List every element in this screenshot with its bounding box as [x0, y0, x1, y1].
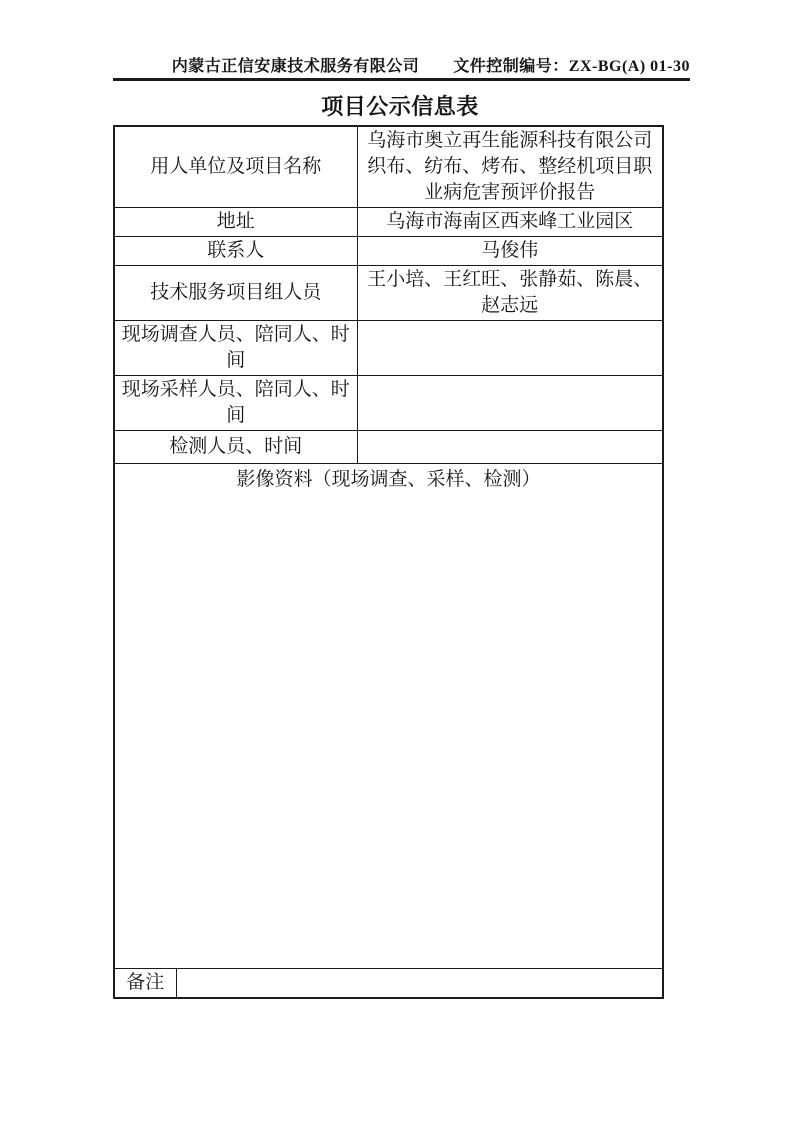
address-label: 地址: [114, 208, 357, 237]
table-row-site-survey: 现场调查人员、陪同人、时间: [114, 321, 663, 376]
site-survey-value: [357, 321, 663, 376]
table-row-detection: 检测人员、时间: [114, 431, 663, 464]
project-info-table: 用人单位及项目名称 乌海市奥立再生能源科技有限公司织布、纺布、烤布、整经机项目职…: [113, 125, 664, 999]
table-row-tech-team: 技术服务项目组人员 王小培、王红旺、张静茹、陈晨、赵志远: [114, 266, 663, 321]
tech-team-label: 技术服务项目组人员: [114, 266, 357, 321]
employer-project-value: 乌海市奥立再生能源科技有限公司织布、纺布、烤布、整经机项目职业病危害预评价报告: [357, 126, 663, 208]
detection-value: [357, 431, 663, 464]
table-row-employer-project: 用人单位及项目名称 乌海市奥立再生能源科技有限公司织布、纺布、烤布、整经机项目职…: [114, 126, 663, 208]
site-sampling-label: 现场采样人员、陪同人、时间: [114, 376, 357, 431]
table-row-address: 地址 乌海市海南区西来峰工业园区: [114, 208, 663, 237]
contact-value: 马俊伟: [357, 237, 663, 266]
address-value: 乌海市海南区西来峰工业园区: [357, 208, 663, 237]
page-title: 项目公示信息表: [0, 90, 800, 121]
table-row-site-sampling: 现场采样人员、陪同人、时间: [114, 376, 663, 431]
document-page: 内蒙古正信安康技术服务有限公司文件控制编号：ZX-BG(A) 01-30 项目公…: [0, 0, 800, 1131]
media-section-cell: 影像资料（现场调查、采样、检测）: [114, 464, 663, 969]
company-name: 内蒙古正信安康技术服务有限公司: [172, 58, 420, 75]
site-sampling-value: [357, 376, 663, 431]
tech-team-value: 王小培、王红旺、张静茹、陈晨、赵志远: [357, 266, 663, 321]
doc-control-number: ZX-BG(A) 01-30: [569, 58, 690, 75]
table-row-remarks: 备注: [114, 969, 663, 999]
header-rule: [113, 78, 690, 81]
table-row-media: 影像资料（现场调查、采样、检测）: [114, 464, 663, 969]
remarks-label: 备注: [114, 969, 176, 999]
detection-label: 检测人员、时间: [114, 431, 357, 464]
doc-control-label: 文件控制编号：: [453, 58, 569, 75]
media-section-title: 影像资料（现场调查、采样、检测）: [237, 469, 541, 490]
employer-project-label: 用人单位及项目名称: [114, 126, 357, 208]
table-row-contact: 联系人 马俊伟: [114, 237, 663, 266]
contact-label: 联系人: [114, 237, 357, 266]
page-header: 内蒙古正信安康技术服务有限公司文件控制编号：ZX-BG(A) 01-30: [113, 53, 690, 76]
site-survey-label: 现场调查人员、陪同人、时间: [114, 321, 357, 376]
remarks-value: [176, 969, 663, 999]
